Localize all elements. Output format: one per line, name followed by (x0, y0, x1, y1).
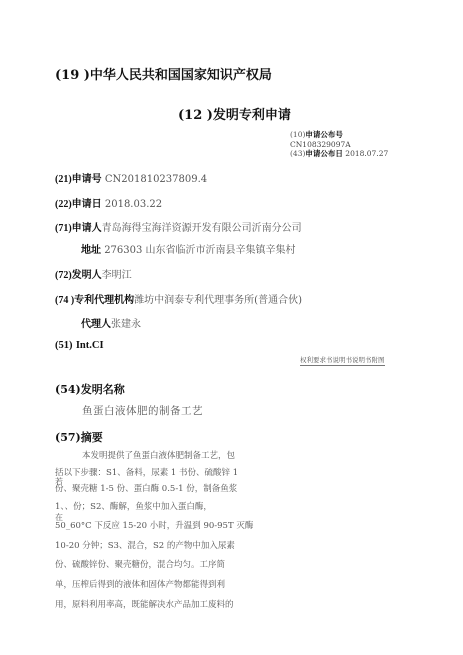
field-code: (71) (55, 223, 72, 234)
agent-name: 张建永 (111, 319, 141, 330)
field-code: (51) (55, 340, 73, 351)
publication-info: (10)申请公布号 CN108329097A (43)申请公布日 2018.07… (290, 130, 388, 159)
pub-number-label: 申请公布号 (305, 130, 343, 139)
applicant-name: 青岛海得宝海洋资源开发有限公司沂南分公司 (102, 223, 302, 234)
office-code: (19 ) (55, 68, 90, 83)
field-label: 申请日 (72, 199, 102, 210)
int-cl-field: (51) Int.CI (55, 339, 104, 351)
abstract-line: 50_60°C 下反应 15-20 小时，升温到 90-95T 灭酶 (55, 519, 253, 531)
application-number: CN201810237809.4 (105, 174, 207, 185)
claims-description-drawings-link[interactable]: 权利要求书说明书说明书附图 (300, 355, 385, 366)
agent-field: 代理人张建永 (81, 315, 141, 330)
patent-agency-field: (74 )专利代理机构潍坊中润泰专利代理事务所(普通合伙) (55, 291, 302, 306)
abstract-line: 10-20 分钟；S3、混合，S2 的产物中加入尿素 (55, 539, 235, 551)
office-name: 中华人民共和国国家知识产权局 (90, 68, 272, 83)
field-code: (57) (55, 431, 81, 444)
abstract-line: 用，原料利用率高，既能解决水产品加工废料的 (55, 598, 234, 610)
publication-date-row: (43)申请公布日 2018.07.27 (290, 149, 388, 159)
application-number-field: (21)申请号 CN201810237809.4 (55, 170, 207, 185)
application-date-field: (22)申请日 2018.03.22 (55, 195, 162, 210)
address-field: 地址 276303 山东省临沂市沂南县辛集镇辛集村 (81, 241, 296, 256)
abstract-line: 份、聚壳糖 1-5 份、蛋白酶 0.5-1 份，制备鱼浆 (55, 482, 237, 494)
field-label: 申请人 (72, 223, 102, 234)
publication-number: CN108329097A (290, 140, 388, 150)
field-label: 摘要 (81, 431, 103, 444)
abstract-line: 括以下步骤：S1、备料，尿素 1 书份、硫酸锌 1 (55, 466, 238, 478)
abstract-line: 份、硫酸锌份、聚壳糖份，混合均匀。工序简 (55, 558, 225, 570)
abstract-line: 单，压榨后得到的液体和固体产物都能得到利 (55, 578, 225, 590)
publication-number-label-row: (10)申请公布号 (290, 130, 388, 140)
field-code: (22) (55, 199, 72, 210)
pub-number-code: (10) (290, 130, 305, 139)
field-label: 地址 (81, 245, 101, 256)
field-code: (74 ) (55, 295, 74, 306)
application-date: 2018.03.22 (105, 199, 162, 210)
field-label: 专利代理机构 (74, 295, 134, 306)
document-type: (12 )发明专利申请 (178, 104, 291, 123)
issuing-office: (19 )中华人民共和国国家知识产权局 (55, 64, 272, 83)
field-code: (21) (55, 174, 72, 185)
field-code: (72) (55, 270, 72, 281)
field-label: Int.CI (76, 340, 104, 351)
pub-date-value: 2018.07.27 (345, 149, 388, 158)
applicant-field: (71)申请人青岛海得宝海洋资源开发有限公司沂南分公司 (55, 219, 302, 234)
field-label: 发明名称 (81, 383, 125, 396)
abstract-heading: (57)摘要 (55, 429, 103, 445)
address-value: 276303 山东省临沂市沂南县辛集镇辛集村 (104, 245, 295, 256)
field-code: (54) (55, 383, 81, 396)
inventor-field: (72)发明人李明江 (55, 266, 132, 281)
agency-name: 潍坊中润泰专利代理事务所(普通合伙) (134, 295, 302, 306)
invention-title: 鱼蛋白液体肥的制备工艺 (82, 403, 203, 418)
inventor-name: 李明江 (102, 270, 132, 281)
abstract-line: 本发明提供了鱼蛋白液体肥制备工艺，包 (82, 449, 235, 461)
field-label: 发明人 (72, 270, 102, 281)
doc-type-code: (12 ) (178, 108, 213, 123)
pub-date-label: 申请公布日 (305, 149, 343, 158)
doc-type-label: 发明专利申请 (213, 108, 291, 123)
pub-date-code: (43) (290, 149, 305, 158)
abstract-line: 1、、份；S2、酶解，鱼浆中加入蛋白酶， (55, 500, 212, 512)
invention-title-heading: (54)发明名称 (55, 381, 125, 397)
field-label: 申请号 (72, 174, 102, 185)
field-label: 代理人 (81, 319, 111, 330)
